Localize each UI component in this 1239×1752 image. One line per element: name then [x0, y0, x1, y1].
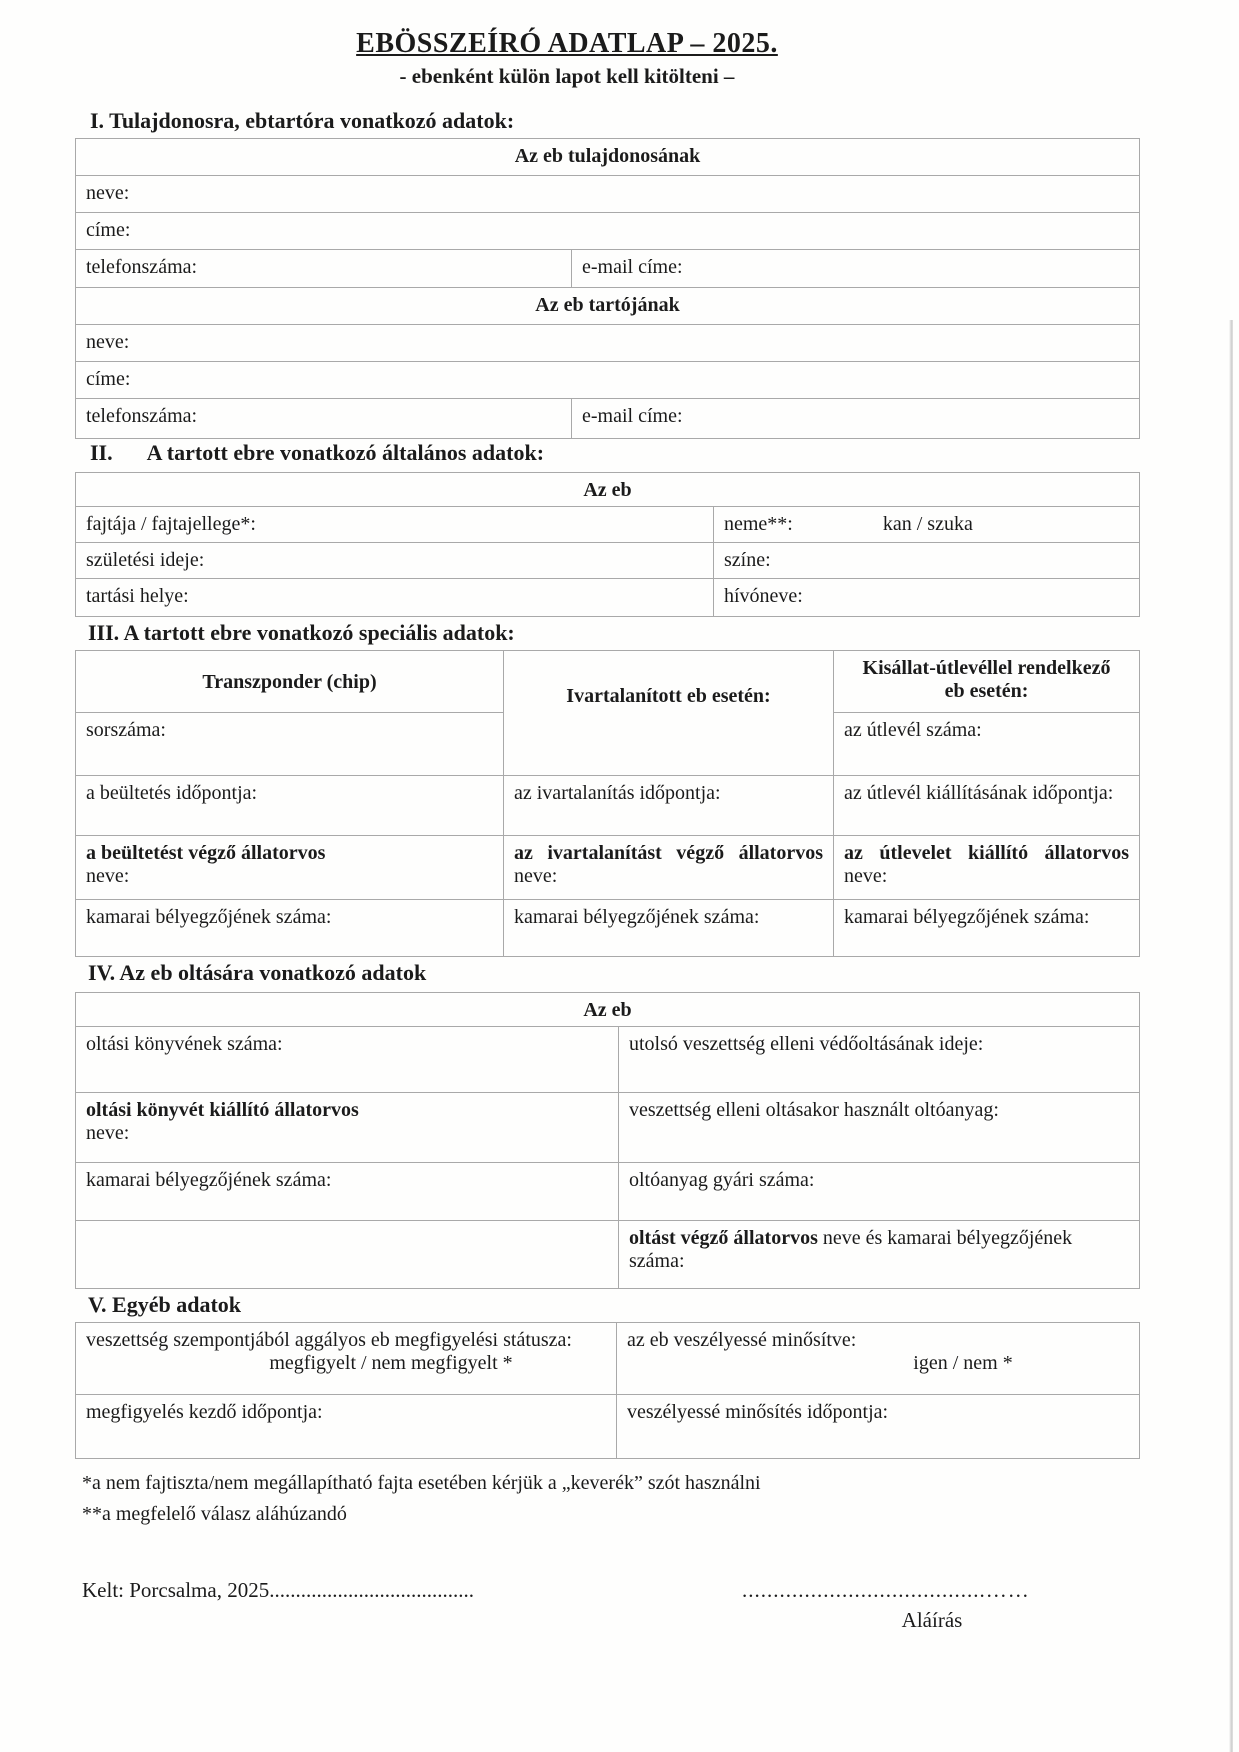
section-4-heading: IV. Az eb oltására vonatkozó adatok [88, 960, 426, 986]
owner-keeper-table: Az eb tulajdonosának neve: címe: telefon… [75, 138, 1140, 439]
section-2-heading: II.A tartott ebre vonatkozó általános ad… [90, 440, 544, 466]
date-place-line: Kelt: Porcsalma, 2025...................… [82, 1578, 474, 1603]
dangerous-field: az eb veszélyessé minősítve: igen / nem … [617, 1323, 1140, 1395]
passport-vet-name-label: neve: [844, 865, 1129, 888]
color-field: színe: [714, 543, 1140, 579]
book-vet-title: oltási könyvét kiállító állatorvos [86, 1099, 608, 1122]
passport-header-line2: eb esetén: [844, 680, 1129, 703]
scanned-form-page: EBÖSSZEÍRÓ ADATLAP – 2025. - ebenként kü… [0, 0, 1239, 1752]
passport-chamber-stamp-field: kamarai bélyegzőjének száma: [834, 900, 1140, 957]
keeper-email-field: e-mail címe: [572, 399, 1140, 439]
book-vet-field: oltási könyvét kiállító állatorvos neve: [76, 1093, 619, 1163]
owner-name-field: neve: [76, 176, 1140, 213]
special-dog-data-table: Transzponder (chip) Ivartalanított eb es… [75, 650, 1140, 957]
sex-field: neme**:kan / szuka [714, 507, 1140, 543]
owner-email-field: e-mail címe: [572, 250, 1140, 288]
sex-label: neme**: [724, 513, 793, 535]
dangerous-date-field: veszélyessé minősítés időpontja: [617, 1395, 1140, 1459]
chip-column-header: Transzponder (chip) [76, 651, 504, 713]
section-1-heading: I. Tulajdonosra, ebtartóra vonatkozó ada… [90, 108, 514, 134]
footnote-1: *a nem fajtiszta/nem megállapítható fajt… [82, 1472, 761, 1495]
vacc-vet-title: oltást végző állatorvos [629, 1227, 818, 1249]
birth-date-field: születési ideje: [76, 543, 714, 579]
keeping-place-field: tartási helye: [76, 579, 714, 617]
chip-serial-field: sorszáma: [76, 713, 504, 776]
call-name-field: hívóneve: [714, 579, 1140, 617]
passport-number-field: az útlevél száma: [834, 713, 1140, 776]
passport-header-line1: Kisállat-útlevéllel rendelkező [844, 657, 1129, 680]
neuter-chamber-stamp-field: kamarai bélyegzőjének száma: [504, 900, 834, 957]
vaccine-used-field: veszettség elleni oltásakor használt olt… [619, 1093, 1140, 1163]
title-block: EBÖSSZEÍRÓ ADATLAP – 2025. - ebenként kü… [72, 28, 1062, 89]
section-3-heading: III. A tartott ebre vonatkozó speciális … [88, 620, 515, 646]
owner-table-header: Az eb tulajdonosának [76, 139, 1140, 176]
chip-chamber-stamp-field: kamarai bélyegzőjének száma: [76, 900, 504, 957]
passport-vet-field: az útlevelet kiállító állatorvos neve: [834, 836, 1140, 900]
section-5-heading: V. Egyéb adatok [88, 1292, 241, 1318]
passport-vet-title: az útlevelet kiállító állatorvos [844, 842, 1129, 865]
footnote-2: **a megfelelő válasz aláhúzandó [82, 1503, 347, 1526]
signature-label: Aláírás [742, 1608, 1122, 1633]
document-title: EBÖSSZEÍRÓ ADATLAP – 2025. [356, 28, 778, 60]
dog-table-header: Az eb [76, 473, 1140, 507]
neuter-vet-name-label: neve: [514, 865, 823, 888]
vaccination-table: Az eb oltási könyvének száma: utolsó ves… [75, 992, 1140, 1289]
observation-options: megfigyelt / nem megfigyelt * [86, 1352, 606, 1375]
sex-options: kan / szuka [883, 513, 973, 535]
scan-edge-artifact [1229, 320, 1233, 1752]
vacc-book-number-field: oltási könyvének száma: [76, 1027, 619, 1093]
document-subtitle: - ebenként külön lapot kell kitölteni – [72, 64, 1062, 89]
breed-field: fajtája / fajtajellege*: [76, 507, 714, 543]
section-2-number: II. [90, 440, 113, 465]
keeper-address-field: címe: [76, 362, 1140, 399]
last-rabies-vacc-field: utolsó veszettség elleni védőoltásának i… [619, 1027, 1140, 1093]
general-dog-data-table: Az eb fajtája / fajtajellege*: neme**:ka… [75, 472, 1140, 617]
neuter-vet-title: az ivartalanítást végző állatorvos [514, 842, 823, 865]
observation-start-field: megfigyelés kezdő időpontja: [76, 1395, 617, 1459]
owner-phone-field: telefonszáma: [76, 250, 572, 288]
observation-status-label: veszettség szempontjából aggályos eb meg… [86, 1329, 606, 1352]
keeper-table-header: Az eb tartójának [76, 288, 1140, 325]
keeper-name-field: neve: [76, 325, 1140, 362]
other-data-table: veszettség szempontjából aggályos eb meg… [75, 1322, 1140, 1459]
implant-vet-title: a beültetést végző állatorvos [86, 842, 493, 865]
vaccine-serial-field: oltóanyag gyári száma: [619, 1163, 1140, 1221]
dangerous-label: az eb veszélyessé minősítve: [627, 1329, 1129, 1352]
book-vet-name-label: neve: [86, 1122, 608, 1145]
keeper-phone-field: telefonszáma: [76, 399, 572, 439]
section-2-title: A tartott ebre vonatkozó általános adato… [147, 440, 544, 465]
implant-vet-name-label: neve: [86, 865, 493, 888]
vacc-vet-field: oltást végző állatorvos neve és kamarai … [619, 1221, 1140, 1289]
owner-address-field: címe: [76, 213, 1140, 250]
passport-column-header: Kisállat-útlevéllel rendelkező eb esetén… [834, 651, 1140, 713]
observation-status-field: veszettség szempontjából aggályos eb meg… [76, 1323, 617, 1395]
passport-issue-date-field: az útlevél kiállításának időpontja: [834, 776, 1140, 836]
book-chamber-stamp-field: kamarai bélyegzőjének száma: [76, 1163, 619, 1221]
signature-dotted-line: .......................................…… [742, 1578, 1030, 1603]
empty-cell [76, 1221, 619, 1289]
vaccination-table-header: Az eb [76, 993, 1140, 1027]
implant-vet-field: a beültetést végző állatorvos neve: [76, 836, 504, 900]
neuter-vet-field: az ivartalanítást végző állatorvos neve: [504, 836, 834, 900]
implant-date-field: a beültetés időpontja: [76, 776, 504, 836]
neuter-date-field: az ivartalanítás időpontja: [504, 776, 834, 836]
dangerous-options: igen / nem * [627, 1352, 1129, 1375]
neutered-column-header: Ivartalanított eb esetén: [504, 651, 834, 776]
